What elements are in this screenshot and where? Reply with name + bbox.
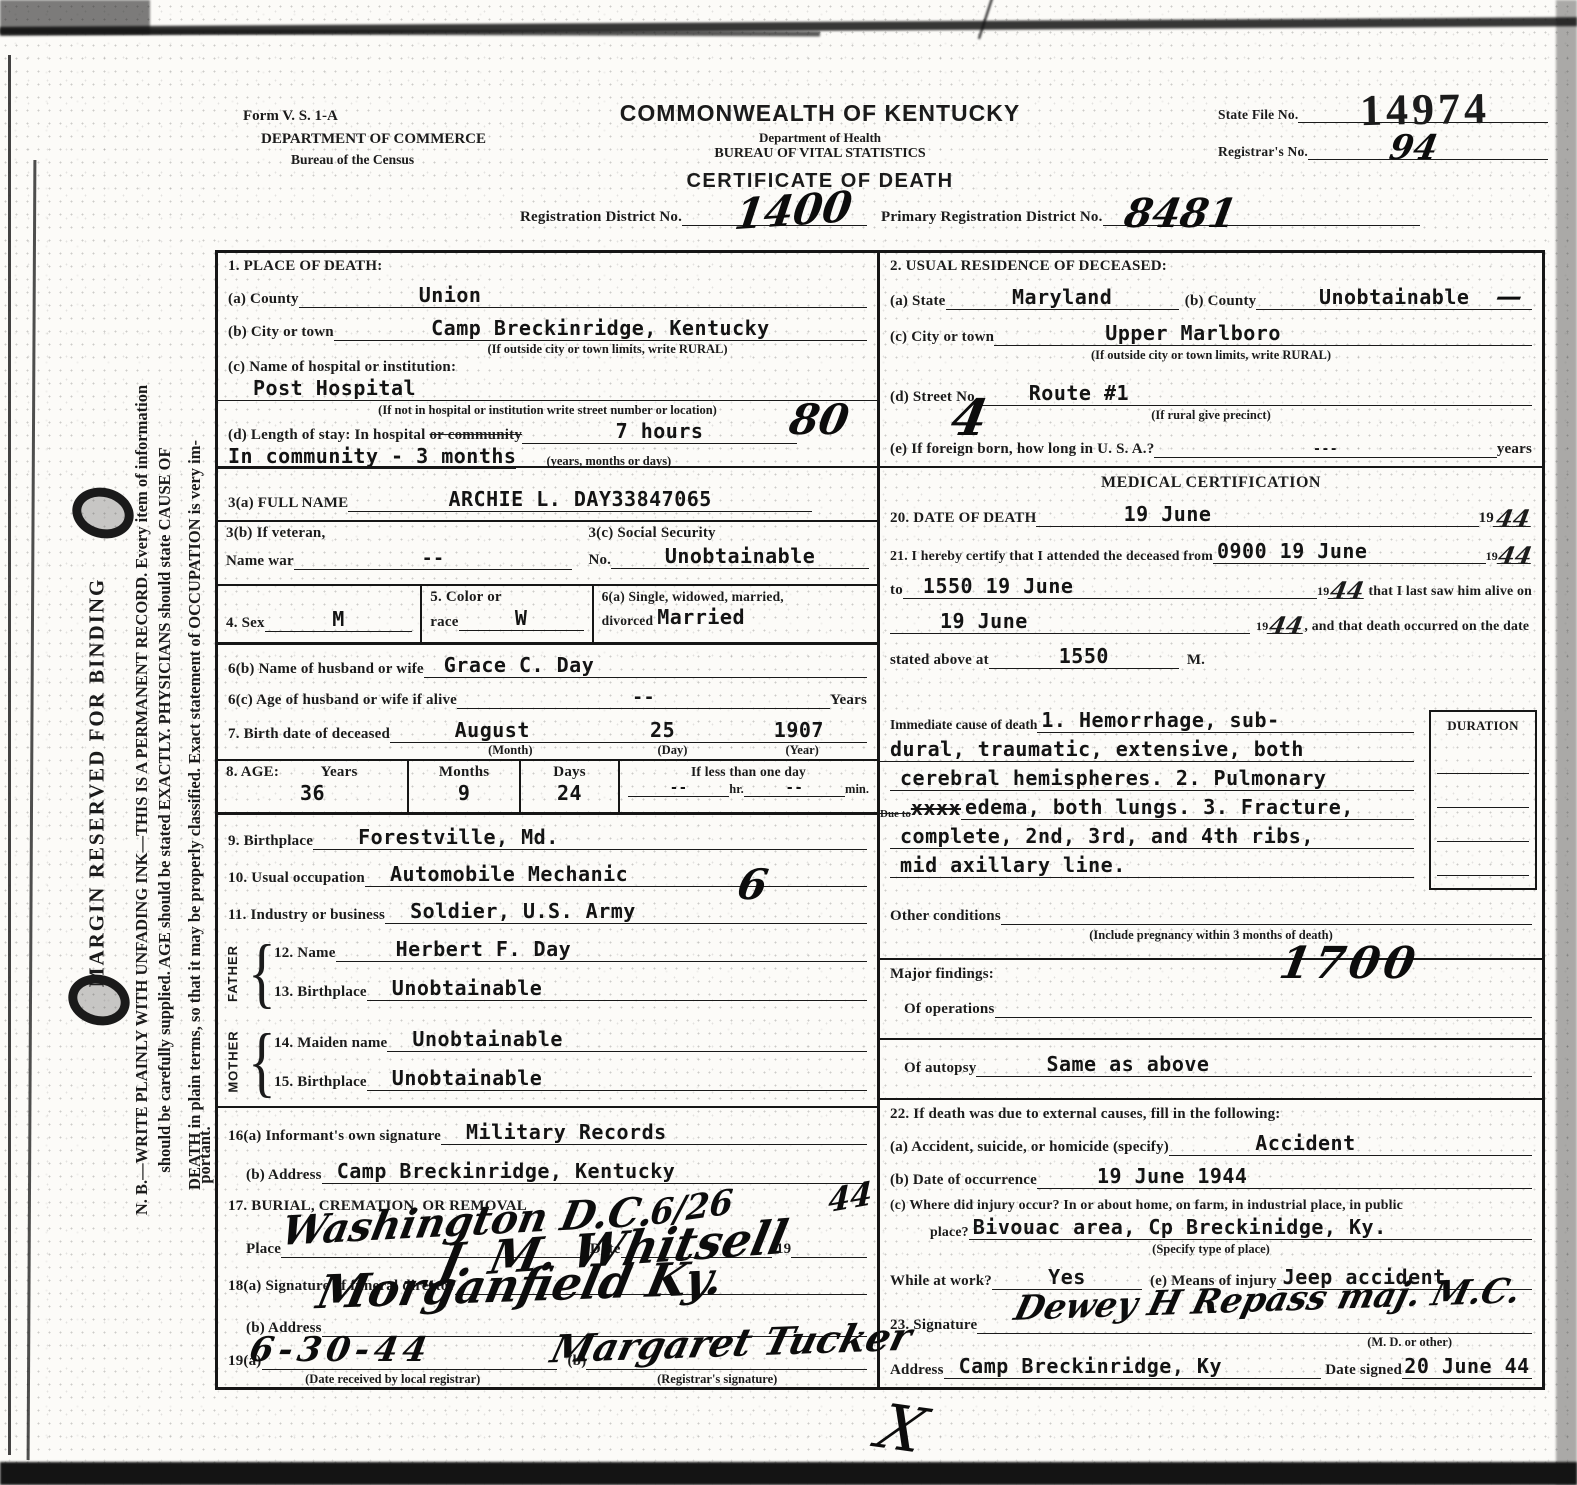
operations-line bbox=[995, 999, 1532, 1018]
margin-nb-line1: N. B.—WRITE PLAINLY WITH UNFADING INK—TH… bbox=[132, 150, 152, 1450]
other-conditions-note: (Include pregnancy within 3 months of de… bbox=[890, 928, 1532, 943]
father-birthplace-row: 13. Birthplace Unobtainable bbox=[274, 976, 867, 1001]
scan-left-line bbox=[8, 55, 11, 1455]
veteran-cell: 3(b) If veteran, Name war -- bbox=[218, 522, 580, 584]
commonwealth-title: COMMONWEALTH OF KENTUCKY bbox=[560, 100, 1080, 127]
medical-certification-title: MEDICAL CERTIFICATION bbox=[890, 474, 1532, 492]
length-of-stay-label: (d) Length of stay: In hospital bbox=[228, 427, 425, 444]
scan-right-speck bbox=[1556, 0, 1577, 1485]
birthdate-row: 7. Birth date of deceased August 25 1907 bbox=[228, 718, 867, 743]
burial-place-label: Place bbox=[246, 1241, 281, 1258]
father-brace: { bbox=[248, 933, 274, 1014]
reg-district-label: Registration District No. bbox=[520, 209, 682, 226]
mother-maiden-label: 14. Maiden name bbox=[274, 1035, 387, 1052]
marital-label1: 6(a) Single, widowed, married, bbox=[602, 589, 869, 605]
birthplace-value: Forestville, Md. bbox=[313, 825, 867, 850]
header-left: Form V. S. 1-A DEPARTMENT OF COMMERCE Bu… bbox=[243, 108, 486, 168]
industry-row: 11. Industry or business Soldier, U.S. A… bbox=[228, 899, 867, 924]
duration-line bbox=[1437, 842, 1529, 876]
certify-value3: 19 June bbox=[890, 609, 1250, 634]
punch-hole-bottom bbox=[63, 968, 135, 1032]
autopsy-value: Same as above bbox=[976, 1052, 1532, 1077]
injury-where-note: (Specify type of place) bbox=[890, 1242, 1532, 1257]
stated-above-value: 1550 bbox=[989, 644, 1179, 669]
age-less-cell: If less than one day -- hr. -- min. bbox=[620, 761, 877, 811]
age-months-label: Months bbox=[417, 764, 511, 781]
age-hr-label: hr. bbox=[729, 782, 743, 797]
in-community-value: In community - 3 months bbox=[218, 444, 516, 469]
state-file-label: State File No. bbox=[1218, 107, 1298, 123]
county-dash-handwriting: — bbox=[1493, 282, 1524, 312]
certify-label3: , and that death occurred on the date bbox=[1304, 618, 1529, 634]
father-side-label: FATHER bbox=[226, 945, 241, 1002]
hospital-value: Post Hospital bbox=[218, 376, 877, 401]
ssn-cell: 3(c) Social Security No. Unobtainable bbox=[580, 522, 877, 584]
in-community-row: In community - 3 months (years, months o… bbox=[228, 444, 867, 469]
county-label: (a) County bbox=[228, 291, 299, 308]
full-name-value: ARCHIE L. DAY33847065 bbox=[348, 487, 812, 512]
cause-row1: Immediate cause of death 1. Hemorrhage, … bbox=[890, 708, 1414, 733]
race-value: W bbox=[459, 606, 584, 631]
other-conditions-label: Other conditions bbox=[890, 908, 1001, 925]
veteran-label: 3(b) If veteran, bbox=[226, 525, 572, 542]
residence-state-row: (a) State Maryland (b) County Unobtainab… bbox=[890, 285, 1532, 310]
father-birthplace-value: Unobtainable bbox=[367, 976, 867, 1001]
informant-address-row: (b) Address Camp Breckinridge, Kentucky bbox=[228, 1159, 867, 1184]
cause-line5: complete, 2nd, 3rd, and 4th ribs, bbox=[890, 824, 1414, 849]
occupation-value: Automobile Mechanic bbox=[365, 862, 867, 887]
operations-1700-handwriting: 1700 bbox=[1276, 938, 1423, 989]
bureau-vital-statistics: BUREAU OF VITAL STATISTICS bbox=[560, 146, 1080, 162]
injury-where-label2: place? bbox=[930, 1224, 969, 1240]
spouse-birthdate-block: 6(b) Name of husband or wife Grace C. Da… bbox=[218, 645, 877, 761]
primary-reg-label: Primary Registration District No. bbox=[881, 209, 1103, 226]
city-town-value: Camp Breckinridge, Kentucky bbox=[334, 316, 867, 341]
certify-year1: 44 bbox=[1497, 549, 1534, 564]
length-of-stay-value: 7 hours bbox=[522, 419, 797, 444]
birthdate-label: 7. Birth date of deceased bbox=[228, 726, 390, 743]
registrar-no-row: Registrar's No. bbox=[1218, 139, 1548, 160]
spouse-age-row: 6(c) Age of husband or wife if alive -- … bbox=[228, 687, 867, 709]
father-birthplace-label: 13. Birthplace bbox=[274, 984, 367, 1001]
age-months-cell: Months 9 bbox=[409, 761, 521, 811]
foreign-born-value: --- bbox=[1154, 442, 1496, 458]
mother-maiden-value: Unobtainable bbox=[387, 1027, 867, 1052]
birthdate-year: 1907 bbox=[731, 718, 867, 743]
ssn-value: Unobtainable bbox=[611, 544, 869, 569]
length-of-stay-note: (years, months or days) bbox=[546, 454, 671, 469]
veteran-war-label: Name war bbox=[226, 553, 294, 570]
residence-city-row: (c) City or town Upper Marlboro bbox=[890, 321, 1532, 346]
duration-label: DURATION bbox=[1431, 718, 1535, 734]
ssn-label: 3(c) Social Security bbox=[588, 525, 869, 542]
city-town-label: (b) City or town bbox=[228, 324, 334, 341]
residence-title: 2. USUAL RESIDENCE OF DECEASED: bbox=[890, 258, 1532, 275]
birthplace-row: 9. Birthplace Forestville, Md. bbox=[228, 825, 867, 850]
full-name-label: 3(a) FULL NAME bbox=[228, 495, 348, 512]
age-min-value: -- bbox=[744, 780, 845, 797]
stated-above-m: M. bbox=[1187, 652, 1205, 669]
age-row: 8. AGE: Years 36 Months 9 Days 24 If les… bbox=[218, 761, 877, 814]
date-of-death-label: 20. DATE OF DEATH bbox=[890, 510, 1036, 527]
foreign-born-label: (e) If foreign born, how long in U. S. A… bbox=[890, 441, 1154, 458]
date-of-death-value: 19 June bbox=[1036, 502, 1478, 527]
major-findings-label: Major findings: bbox=[890, 966, 1532, 983]
marital-value: Married bbox=[657, 605, 745, 629]
dept-health: Department of Health bbox=[560, 130, 1080, 146]
age-years-label: Years bbox=[279, 764, 399, 781]
residence-state-label: (a) State bbox=[890, 293, 946, 310]
sex-cell: 4. Sex M bbox=[218, 586, 422, 642]
age-days-value: 24 bbox=[529, 781, 610, 805]
informant-label: 16(a) Informant's own signature bbox=[228, 1128, 441, 1145]
occurrence-date-row: (b) Date of occurrence 19 June 1944 bbox=[890, 1164, 1532, 1189]
spouse-name-row: 6(b) Name of husband or wife Grace C. Da… bbox=[228, 653, 867, 678]
mother-birthplace-row: 15. Birthplace Unobtainable bbox=[274, 1066, 867, 1091]
accident-value: Accident bbox=[1169, 1131, 1532, 1156]
occupation-label: 10. Usual occupation bbox=[228, 870, 365, 887]
age-less-label: If less than one day bbox=[628, 764, 869, 780]
date-signed-value: 20 June 44 bbox=[1402, 1354, 1532, 1379]
county-value: Union bbox=[299, 283, 867, 308]
date-of-death-pre: 19 bbox=[1479, 510, 1494, 527]
informant-address-label: (b) Address bbox=[246, 1167, 322, 1184]
cause-line1: 1. Hemorrhage, sub- bbox=[1037, 708, 1414, 733]
race-label1: 5. Color or bbox=[430, 589, 583, 606]
age-min-label: min. bbox=[845, 782, 869, 797]
parents-block: FATHER MOTHER { { 12. Name Herbert F. Da… bbox=[218, 929, 877, 1109]
certify-year2: 44 bbox=[1328, 584, 1367, 599]
mother-brace: { bbox=[248, 1021, 274, 1102]
autopsy-label: Of autopsy bbox=[904, 1060, 976, 1077]
occupation-block: 9. Birthplace Forestville, Md. 10. Usual… bbox=[218, 815, 877, 929]
informant-value: Military Records bbox=[441, 1120, 867, 1145]
birthdate-month: August bbox=[390, 718, 594, 743]
ssn-no-label: No. bbox=[588, 552, 611, 569]
cause-line6: mid axillary line. bbox=[890, 853, 1414, 878]
scan-diag-crack bbox=[978, 0, 994, 39]
county-row: (a) County Union bbox=[228, 283, 867, 308]
external-causes-title: 22. If death was due to external causes,… bbox=[890, 1106, 1532, 1123]
registration-district-row: Registration District No. Primary Regist… bbox=[520, 203, 1420, 226]
foreign-born-suffix: years bbox=[1497, 441, 1532, 458]
due-to-label: Due to bbox=[880, 808, 911, 820]
external-causes-block: 22. If death was due to external causes,… bbox=[880, 1100, 1542, 1295]
death-certificate-scan: MARGIN RESERVED FOR BINDING N. B.—WRITE … bbox=[0, 0, 1577, 1485]
other-conditions-line bbox=[1001, 906, 1532, 925]
age-months-value: 9 bbox=[417, 781, 511, 805]
foreign-born-row: (e) If foreign born, how long in U. S. A… bbox=[890, 441, 1532, 458]
certify-value1: 0900 19 June bbox=[1213, 539, 1486, 564]
birthdate-day: 25 bbox=[594, 718, 730, 743]
race-label2: race bbox=[430, 614, 458, 631]
spouse-age-label: 6(c) Age of husband or wife if alive bbox=[228, 692, 457, 709]
injury-where-label1: (c) Where did injury occur? In or about … bbox=[890, 1197, 1532, 1213]
due-to-struck: xxxx bbox=[911, 796, 961, 820]
cause-line3: cerebral hemispheres. 2. Pulmonary bbox=[890, 766, 1414, 791]
informant-block: 16(a) Informant's own signature Military… bbox=[218, 1108, 877, 1196]
month-note: (Month) bbox=[413, 743, 608, 758]
other-conditions-block: Other conditions (Include pregnancy with… bbox=[880, 898, 1542, 958]
age-hr-value: -- bbox=[628, 780, 729, 797]
mother-birthplace-label: 15. Birthplace bbox=[274, 1074, 367, 1091]
year-note: (Year) bbox=[737, 743, 867, 758]
physician-address-row: Address Camp Breckinridge, Ky Date signe… bbox=[890, 1354, 1532, 1379]
city-town-note: (If outside city or town limits, write R… bbox=[348, 342, 867, 357]
sex-value: M bbox=[265, 607, 413, 632]
spouse-age-value: -- bbox=[457, 687, 830, 709]
race-cell: 5. Color or race W bbox=[422, 586, 593, 642]
length-of-stay-struck: or community bbox=[429, 427, 522, 444]
injury-where-value: Bivouac area, Cp Breckinidge, Ky. bbox=[969, 1215, 1532, 1240]
spouse-age-suffix: Years bbox=[830, 692, 867, 709]
residence-street-value: Route #1 bbox=[979, 381, 1532, 406]
place-of-death-title: 1. PLACE OF DEATH: bbox=[228, 258, 867, 275]
duration-line bbox=[1437, 740, 1529, 774]
autopsy-block: Of autopsy Same as above bbox=[880, 1038, 1542, 1100]
duration-line bbox=[1437, 808, 1529, 842]
birthplace-label: 9. Birthplace bbox=[228, 833, 313, 850]
spouse-name-label: 6(b) Name of husband or wife bbox=[228, 661, 424, 678]
stated-above-label: stated above at bbox=[890, 652, 989, 669]
burial-year-handwriting: 44 bbox=[828, 1174, 873, 1221]
veteran-war-value: -- bbox=[294, 548, 573, 570]
residence-city-label: (c) City or town bbox=[890, 329, 994, 346]
duration-line bbox=[1437, 774, 1529, 808]
cause-label: Immediate cause of death bbox=[890, 717, 1037, 733]
mother-birthplace-value: Unobtainable bbox=[367, 1066, 867, 1091]
father-name-value: Herbert F. Day bbox=[336, 937, 867, 962]
operations-row: Of operations bbox=[890, 999, 1532, 1018]
date-of-death-row: 20. DATE OF DEATH 19 June 19 44 bbox=[890, 502, 1532, 527]
age-days-label: Days bbox=[529, 764, 610, 781]
physician-address-label: Address bbox=[890, 1362, 944, 1379]
margin-nb-line2: should be carefully supplied. AGE should… bbox=[155, 230, 175, 1390]
margin-nb-line3: DEATH in plain terms, so that it may be … bbox=[185, 195, 205, 1435]
certify-year3: 44 bbox=[1267, 619, 1306, 634]
certify-to-label: to bbox=[890, 582, 903, 599]
stay-80-handwriting: 80 bbox=[786, 395, 853, 444]
scan-left-line2 bbox=[27, 160, 37, 1460]
scan-bottom-band bbox=[0, 1462, 1577, 1485]
cause-of-death-block: DURATION Immediate cause of death 1. Hem… bbox=[880, 708, 1542, 898]
sex-label: 4. Sex bbox=[226, 615, 265, 632]
age-years-value: 36 bbox=[226, 781, 399, 805]
certify-row3: 19 June 19 44 , and that death occurred … bbox=[890, 609, 1532, 634]
date-signed-label: Date signed bbox=[1325, 1362, 1402, 1379]
reg-district-handwriting: 1400 bbox=[732, 182, 856, 240]
scan-top-left-blob bbox=[0, 0, 150, 34]
residence-state-value: Maryland bbox=[946, 285, 1179, 310]
informant-address-value: Camp Breckinridge, Kentucky bbox=[322, 1159, 867, 1184]
form-number: Form V. S. 1-A bbox=[243, 108, 486, 125]
certify-row1: 21. I hereby certify that I attended the… bbox=[890, 539, 1532, 564]
certify-value2: 1550 19 June bbox=[903, 574, 1317, 599]
hospital-note: (If not in hospital or institution write… bbox=[228, 403, 867, 418]
certify-label2: that I last saw him alive on bbox=[1368, 583, 1532, 599]
operations-label: Of operations bbox=[904, 1001, 995, 1018]
received-note: (Date received by local registrar) bbox=[228, 1372, 557, 1387]
registrar-no-handwriting: 94 bbox=[1386, 128, 1440, 168]
duration-box: DURATION bbox=[1429, 710, 1537, 890]
other-conditions-row: Other conditions bbox=[890, 906, 1532, 925]
medical-certification-block: MEDICAL CERTIFICATION 20. DATE OF DEATH … bbox=[880, 468, 1542, 708]
veteran-ssn-row: 3(b) If veteran, Name war -- 3(c) Social… bbox=[218, 522, 877, 586]
father-name-label: 12. Name bbox=[274, 945, 336, 962]
day-note: (Day) bbox=[608, 743, 738, 758]
city-town-row: (b) City or town Camp Breckinridge, Kent… bbox=[228, 316, 867, 341]
residence-county-label: (b) County bbox=[1185, 293, 1257, 310]
injury-where-row: place? Bivouac area, Cp Breckinidge, Ky. bbox=[890, 1215, 1532, 1240]
mother-maiden-row: 14. Maiden name Unobtainable bbox=[274, 1027, 867, 1052]
punch-hole-top bbox=[67, 481, 139, 545]
residence-county-value: Unobtainable bbox=[1256, 285, 1532, 310]
major-findings-block: Major findings: Of operations bbox=[880, 958, 1542, 1038]
certify-row4: stated above at 1550 M. bbox=[890, 644, 1532, 669]
age-years-cell: 8. AGE: Years 36 bbox=[218, 761, 409, 811]
registrar-sig-note: (Registrar's signature) bbox=[567, 1372, 867, 1387]
cause-line2: dural, traumatic, extensive, both bbox=[880, 737, 1414, 762]
bureau-census: Bureau of the Census bbox=[291, 152, 486, 168]
physician-address-value: Camp Breckinridge, Ky bbox=[944, 1354, 1322, 1379]
length-of-stay-row: (d) Length of stay: In hospital or commu… bbox=[228, 419, 867, 444]
marital-cell: 6(a) Single, widowed, married, divorced … bbox=[594, 586, 877, 642]
industry-value: Soldier, U.S. Army bbox=[385, 899, 867, 924]
while-at-work-label: While at work? bbox=[890, 1273, 992, 1290]
registrar-no-label: Registrar's No. bbox=[1218, 144, 1308, 160]
cause-row4: Due to xxxx edema, both lungs. 3. Fractu… bbox=[880, 795, 1414, 820]
accident-label: (a) Accident, suicide, or homicide (spec… bbox=[890, 1139, 1169, 1156]
occurrence-date-label: (b) Date of occurrence bbox=[890, 1172, 1037, 1189]
primary-reg-handwriting: 8481 bbox=[1121, 190, 1241, 237]
dept-commerce: DEPARTMENT OF COMMERCE bbox=[261, 131, 486, 148]
age-days-cell: Days 24 bbox=[521, 761, 620, 811]
father-name-row: 12. Name Herbert F. Day bbox=[274, 937, 867, 962]
residence-city-value: Upper Marlboro bbox=[994, 321, 1532, 346]
certify-label1: 21. I hereby certify that I attended the… bbox=[890, 548, 1213, 564]
burial-year-line bbox=[791, 1237, 867, 1258]
residence-city-note: (If outside city or town limits, write R… bbox=[890, 348, 1532, 363]
date-of-death-year: 44 bbox=[1493, 512, 1534, 527]
margin-nb-line4: portant. bbox=[195, 1110, 215, 1200]
occurrence-date-value: 19 June 1944 bbox=[1037, 1164, 1532, 1189]
occupation-row: 10. Usual occupation Automobile Mechanic bbox=[228, 862, 867, 887]
header-center: COMMONWEALTH OF KENTUCKY Department of H… bbox=[560, 100, 1080, 193]
marital-label2: divorced bbox=[602, 613, 654, 629]
margin-binding-text: MARGIN RESERVED FOR BINDING bbox=[85, 528, 110, 1038]
autopsy-row: Of autopsy Same as above bbox=[890, 1052, 1532, 1077]
received-date-handwriting: 6-30-44 bbox=[246, 1330, 435, 1370]
section-place-of-death: 1. PLACE OF DEATH: (a) County Union (b) … bbox=[218, 253, 877, 468]
hospital-label: (c) Name of hospital or institution: bbox=[228, 359, 867, 376]
physician-signature-note: (M. D. or other) bbox=[890, 1335, 1452, 1350]
certify-row2: to 1550 19 June 19 44 that I last saw hi… bbox=[890, 574, 1532, 599]
full-name-row: 3(a) FULL NAME ARCHIE L. DAY33847065 bbox=[218, 468, 877, 522]
x-mark-handwriting: X bbox=[869, 1390, 936, 1467]
cause-line4: edema, both lungs. 3. Fracture, bbox=[961, 795, 1414, 820]
industry-label: 11. Industry or business bbox=[228, 907, 385, 924]
spouse-name-value: Grace C. Day bbox=[424, 653, 867, 678]
mother-side-label: MOTHER bbox=[226, 1031, 241, 1093]
accident-row: (a) Accident, suicide, or homicide (spec… bbox=[890, 1131, 1532, 1156]
age-label: 8. AGE: bbox=[226, 764, 279, 781]
birthdate-notes-row: (Month) (Day) (Year) bbox=[228, 743, 867, 758]
sex-race-marital-row: 4. Sex M 5. Color or race W 6(a) Single,… bbox=[218, 586, 877, 645]
informant-row: 16(a) Informant's own signature Military… bbox=[228, 1120, 867, 1145]
